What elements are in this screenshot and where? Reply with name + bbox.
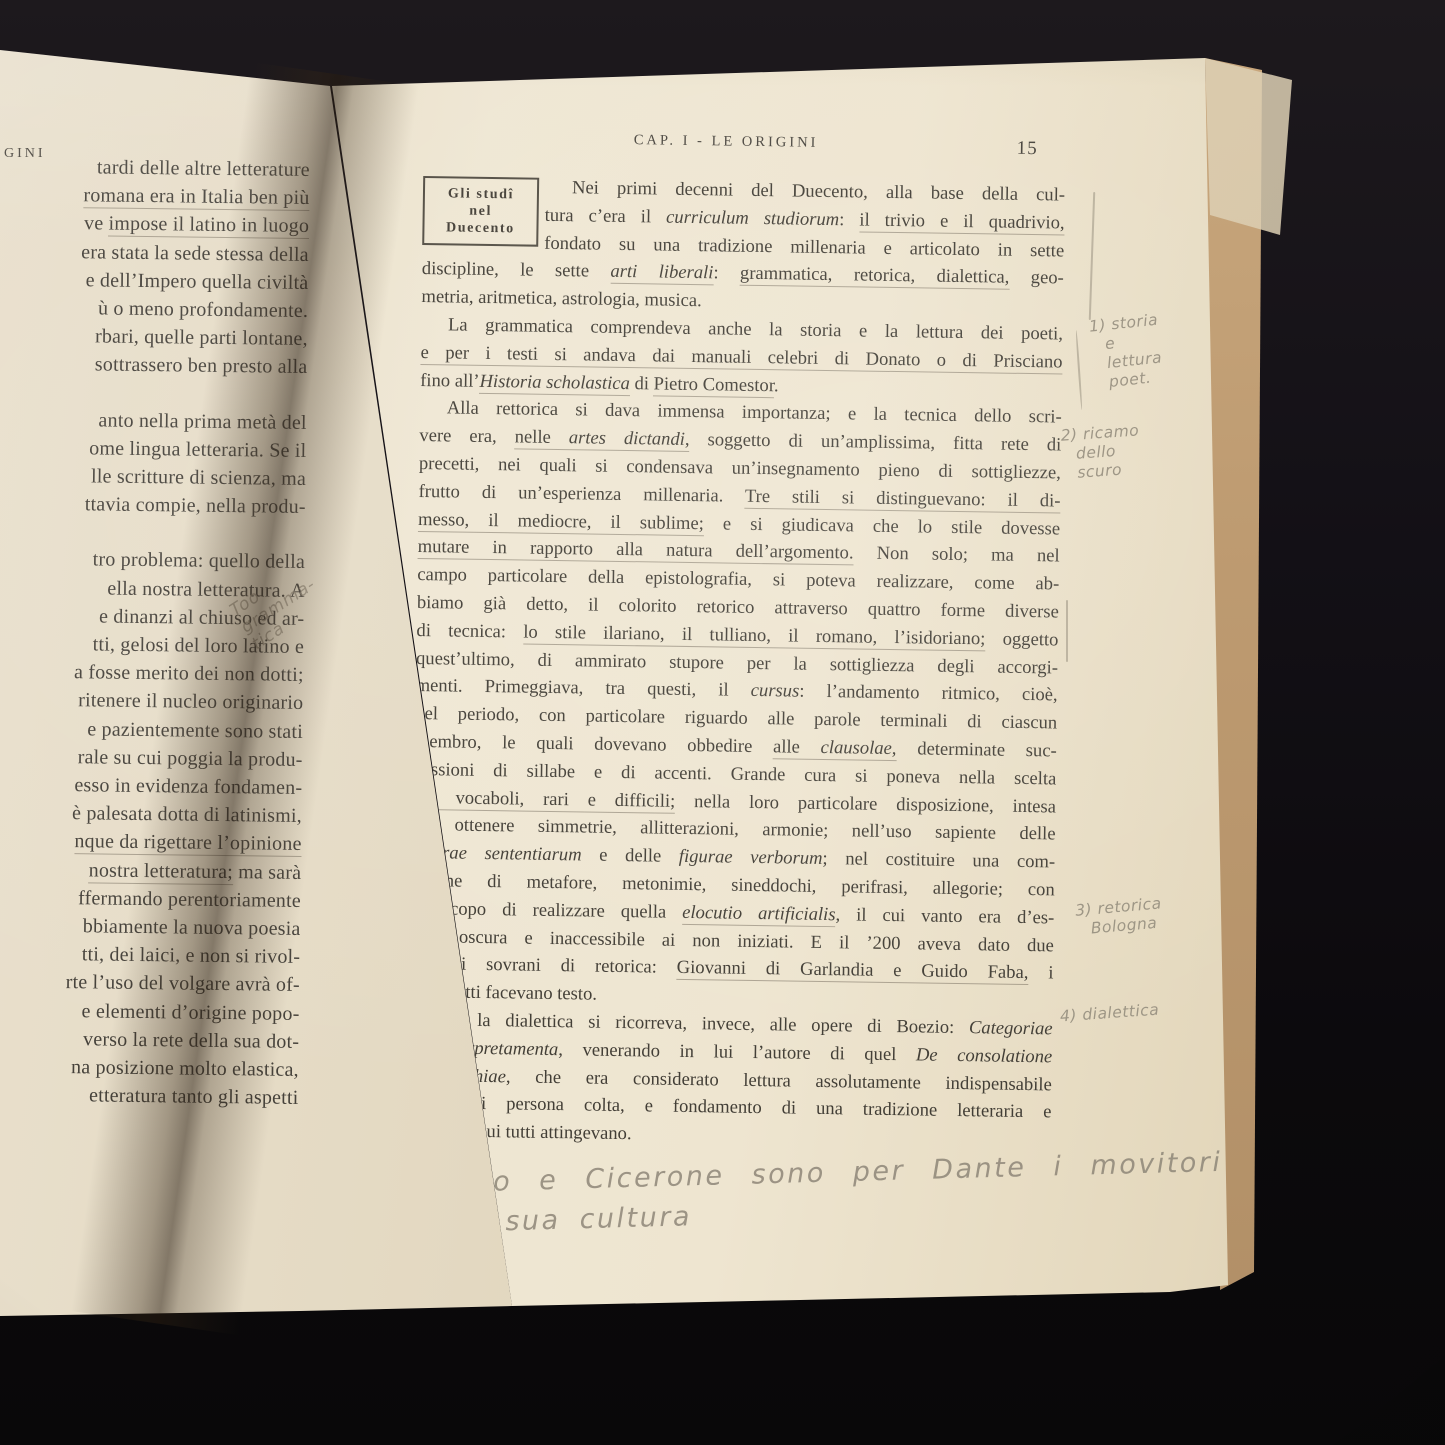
text-line: figurae sententiarum e delle figurae ver… xyxy=(413,839,1055,876)
text-line: fino all’Historia scholastica di Pietro … xyxy=(420,367,1062,404)
margin-pencil-note: 3) retoricaBologna xyxy=(1075,894,1164,939)
handwritten-pencil-note: Boesio e Cicerone sono per Dante i movit… xyxy=(407,1147,1051,1244)
text-line: cui scritti facevano testo. xyxy=(411,978,1053,1015)
margin-pencil-note: 2) ricamodelloscuro xyxy=(1060,421,1142,483)
pencil-note-line: Too xyxy=(227,558,309,621)
text-line: dei vocaboli, rari e difficili; nella lo… xyxy=(414,783,1056,820)
text-line-fragment: rbari, quelle parti lontane, xyxy=(0,321,308,353)
paragraph: La grammatica comprendeva anche la stori… xyxy=(420,311,1063,404)
text-line-fragment: lle scritture di scienza, ma xyxy=(0,461,306,493)
pencil-note-line: tica xyxy=(248,591,330,654)
chapter-title: CAP. I - LE ORIGINI xyxy=(634,127,819,158)
paragraph: Per la dialettica si ricorreva, invece, … xyxy=(409,1006,1053,1154)
text-line: frutto di un’esperienza millenaria. Tre … xyxy=(418,478,1060,515)
text-line: e Interpretamenta, venerando in lui l’au… xyxy=(410,1034,1052,1071)
text-line-fragment: rte l’uso del volgare avrà of- xyxy=(0,967,300,999)
text-line-fragment: è palesata dotta di latinismi, xyxy=(0,798,302,830)
text-line: precetti, nei quali si condensava un’ins… xyxy=(419,450,1061,487)
text-line-fragment: ttavia compie, nella produ- xyxy=(0,489,306,521)
text-line-fragment: rale su cui poggia la produ- xyxy=(0,742,303,774)
text-line-fragment: verso la rete della sua dot- xyxy=(0,1024,299,1056)
text-line: vere era, nelle artes dictandi, soggetto… xyxy=(419,422,1061,459)
text-line-fragment: sottrassero ben presto alla xyxy=(0,349,308,381)
text-line-fragment: ella nostra letteratura. A xyxy=(0,572,305,604)
text-line: sere oscura e inaccessibile ai non inizi… xyxy=(412,922,1054,959)
margin-box-line: Gli studî xyxy=(428,185,534,204)
margin-box-line: nel xyxy=(428,202,534,221)
text-line: La grammatica comprendeva anche la stori… xyxy=(421,311,1063,348)
pencil-mark xyxy=(1066,600,1068,662)
text-line: ad ottenere simmetrie, allitterazioni, a… xyxy=(413,811,1055,848)
text-line: di tecnica: lo stile ilariano, il tullia… xyxy=(416,617,1058,654)
text-line-fragment: a fosse merito dei non dotti; xyxy=(0,657,304,689)
text-line: biamo già detto, il colorito retorico at… xyxy=(417,589,1059,626)
text-line-fragment: na posizione molto elastica, xyxy=(0,1052,299,1084)
text-line-fragment: nque da rigettare l’opinione xyxy=(0,826,302,858)
text-line-fragment: anto nella prima metà del xyxy=(0,404,307,436)
left-margin-pencil-note: Too gramma- tica xyxy=(227,558,331,655)
text-line: e per i testi si andava dai manuali cele… xyxy=(420,339,1062,376)
text-line: mutare in rapporto alla natura dell’argo… xyxy=(418,533,1060,570)
text-line-fragment: ritenere il nucleo originario xyxy=(0,685,303,717)
text-line: morale a cui tutti attingevano. xyxy=(409,1117,1051,1154)
body-paragraphs: Nei primi decenni del Duecento, alla bas… xyxy=(409,172,1065,1154)
text-line-fragment: e elementi d’origine popo- xyxy=(0,995,300,1027)
text-line-fragment: ome lingua letteraria. Se il xyxy=(0,433,307,465)
pencil-note-line: gramma- xyxy=(237,575,319,638)
text-line-fragment: era stata la sede stessa della xyxy=(0,236,309,268)
text-line: campo particolare della epistolografia, … xyxy=(417,561,1059,598)
text-line: cessioni di sillabe e di accenti. Grande… xyxy=(414,756,1056,793)
left-running-header: GINI xyxy=(4,146,46,162)
text-line: Per la dialettica si ricorreva, invece, … xyxy=(411,1006,1053,1043)
text-line-fragment: e dell’Impero quella civiltà xyxy=(0,265,309,297)
margin-box-line: Duecento xyxy=(427,219,533,238)
text-line-fragment: tro problema: quello della xyxy=(0,544,305,576)
text-line: discipline, le sette arti liberali: gram… xyxy=(422,255,1064,292)
text-line-fragment: nostra letteratura; ma sarà xyxy=(0,854,301,886)
left-page-text: tardi delle altre letteratureromana era … xyxy=(0,152,310,1113)
book-photo: GINI tardi delle altre letteratureromana… xyxy=(0,0,1445,1445)
text-line-fragment: ffermando perentoriamente xyxy=(0,883,301,915)
paragraph: Alla rettorica si dava immensa importanz… xyxy=(411,394,1062,1015)
text-line: metria, aritmetica, astrologia, musica. xyxy=(421,283,1063,320)
page-header: CAP. I - LE ORIGINI 15 xyxy=(424,124,1066,156)
text-line: lo scopo di realizzare quella elocutio a… xyxy=(412,895,1054,932)
handwritten-line: della sua cultura xyxy=(408,1187,1051,1244)
text-line: messo, il mediocre, il sublime; e si giu… xyxy=(418,506,1060,543)
text-line: per ogni persona colta, e fondamento di … xyxy=(409,1089,1051,1126)
text-line: tura c’era il curriculum studiorum: il t… xyxy=(544,202,1064,238)
text-line: menti. Primeggiava, tra questi, il cursu… xyxy=(415,672,1057,709)
text-line-fragment: esso in evidenza fondamen- xyxy=(0,770,302,802)
text-line: del periodo, con particolare riguardo al… xyxy=(415,700,1057,737)
handwritten-line: Boesio e Cicerone sono per Dante i movit… xyxy=(407,1147,1050,1204)
text-line-fragment: romana era in Italia ben più xyxy=(0,180,310,212)
margin-pencil-note: 1) storiaeletturapoet. xyxy=(1088,311,1165,394)
right-page-text: CAP. I - LE ORIGINI 15 Gli studî nel Due… xyxy=(407,124,1066,1254)
text-line-fragment: tti, dei laici, e non si rivol- xyxy=(0,939,300,971)
text-line-fragment: e pazientemente sono stati xyxy=(0,713,303,745)
text-line-fragment: tardi delle altre letterature xyxy=(0,152,310,184)
margin-topic-box: Gli studî nel Duecento xyxy=(422,176,539,247)
text-line: quest’ultimo, di ammirato stupore per la… xyxy=(416,644,1058,681)
text-line: pagine di metafore, metonimie, sineddoch… xyxy=(413,867,1055,904)
text-line-fragment: bbiamente la nuova poesia xyxy=(0,911,301,943)
text-line: maestri sovrani di retorica: Giovanni di… xyxy=(411,950,1053,987)
text-line-fragment: etteratura tanto gli aspetti xyxy=(0,1080,299,1112)
text-line-fragment: tti, gelosi del loro latino e xyxy=(0,629,304,661)
text-line: Nei primi decenni del Duecento, alla bas… xyxy=(545,174,1065,210)
text-line-fragment: ve impose il latino in luogo xyxy=(0,208,309,240)
text-line-fragment: ù o meno profondamente. xyxy=(0,293,308,325)
text-line: membro, le quali dovevano obbedire alle … xyxy=(415,728,1057,765)
text-line: Alla rettorica si dava immensa importanz… xyxy=(420,394,1062,431)
paragraph: Nei primi decenni del Duecento, alla bas… xyxy=(421,172,1065,320)
text-line: philosophiae, che era considerato lettur… xyxy=(410,1061,1052,1098)
page-number: 15 xyxy=(1016,135,1037,163)
text-line-fragment: e dinanzi al chiuso ed ar- xyxy=(0,601,305,633)
text-line: fondato su una tradizione millenaria e a… xyxy=(544,229,1064,265)
